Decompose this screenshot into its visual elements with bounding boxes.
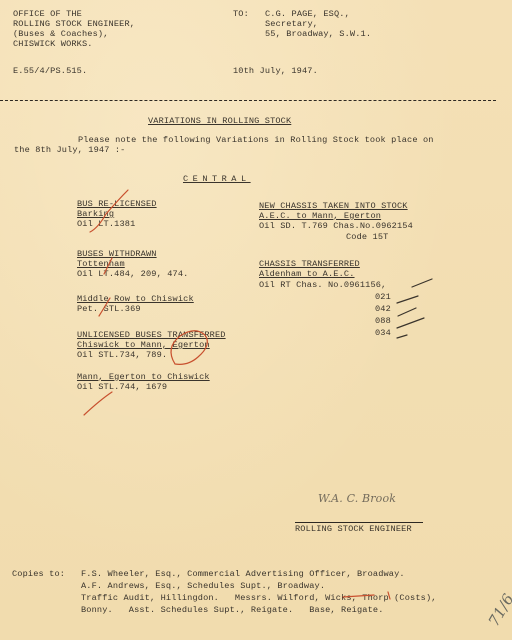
left-3-heading: UNLICENSED BUSES TRANSFERRED (77, 330, 226, 340)
left-3-detail: Oil STL.734, 789. (77, 350, 167, 360)
chassis-cont-3: 088 (375, 316, 391, 326)
left-0-heading: BUS RE-LICENSED (77, 199, 157, 209)
sender-line-3: (Buses & Coaches), (13, 29, 109, 39)
left-2-subheading: Middle Row to Chiswick (77, 294, 194, 304)
left-1-subheading: Tottenham (77, 259, 125, 269)
right-0-heading: NEW CHASSIS TAKEN INTO STOCK (259, 201, 408, 211)
recipient-line-2: Secretary, (265, 19, 318, 29)
sender-line-2: ROLLING STOCK ENGINEER, (13, 19, 135, 29)
left-4-detail: Oil STL.744, 1679 (77, 382, 167, 392)
left-1-detail: Oil LT.484, 209, 474. (77, 269, 188, 279)
left-4-subheading: Mann, Egerton to Chiswick (77, 372, 210, 382)
copies-line-3: Traffic Audit, Hillingdon. Messrs. Wilfo… (81, 593, 437, 603)
intro-line-2: the 8th July, 1947 :- (14, 145, 125, 155)
margin-note: 71/6 (488, 593, 512, 628)
document-title: VARIATIONS IN ROLLING STOCK (148, 116, 291, 126)
date: 10th July, 1947. (233, 66, 318, 76)
copies-line-1: F.S. Wheeler, Esq., Commercial Advertisi… (81, 569, 405, 579)
copies-label: Copies to: (12, 569, 65, 579)
chassis-cont-4: 034 (375, 328, 391, 338)
check-dash-icon (412, 279, 432, 287)
section-heading: CENTRAL (183, 174, 251, 184)
left-1-heading: BUSES WITHDRAWN (77, 249, 157, 259)
left-2-detail: Pet. STL.369 (77, 304, 141, 314)
sender-line-1: OFFICE OF THE (13, 9, 82, 19)
right-0-code: Code 15T (346, 232, 388, 242)
right-1-heading: CHASSIS TRANSFERRED (259, 259, 360, 269)
right-1-subheading: Aldenham to A.E.C. (259, 269, 355, 279)
to-label: TO: (233, 9, 249, 19)
reference-number: E.55/4/PS.515. (13, 66, 87, 76)
right-0-subheading: A.E.C. to Mann, Egerton (259, 211, 381, 221)
signatory-title: ROLLING STOCK ENGINEER (295, 524, 412, 534)
check-dash-icon (397, 318, 424, 328)
right-1-detail: Oil RT Chas. No.0961156, (259, 280, 386, 290)
left-0-subheading: Barking (77, 209, 114, 219)
document-page: OFFICE OF THE ROLLING STOCK ENGINEER, (B… (0, 0, 512, 640)
chassis-cont-1: 021 (375, 292, 391, 302)
check-dash-icon (397, 335, 407, 338)
right-0-detail: Oil SD. T.769 Chas.No.0962154 (259, 221, 413, 231)
left-3-subheading: Chiswick to Mann, Egerton (77, 340, 210, 350)
left-0-detail: Oil LT.1381 (77, 219, 135, 229)
check-dash-icon (397, 296, 418, 303)
sender-line-4: CHISWICK WORKS. (13, 39, 93, 49)
recipient-line-1: C.G. PAGE, ESQ., (265, 9, 350, 19)
recipient-line-3: 55, Broadway, S.W.1. (265, 29, 371, 39)
chassis-cont-2: 042 (375, 304, 391, 314)
check-dash-icon (398, 308, 416, 316)
red-pencil-annotations (0, 0, 512, 640)
tick-mark-icon (84, 392, 112, 415)
signature-line (295, 522, 423, 523)
intro-line-1: Please note the following Variations in … (78, 135, 434, 145)
handwritten-signature: W.A. C. Brook (318, 494, 396, 504)
copies-line-4: Bonny. Asst. Schedules Supt., Reigate. B… (81, 605, 384, 615)
header-divider (0, 100, 496, 101)
copies-line-2: A.F. Andrews, Esq., Schedules Supt., Bro… (81, 581, 325, 591)
